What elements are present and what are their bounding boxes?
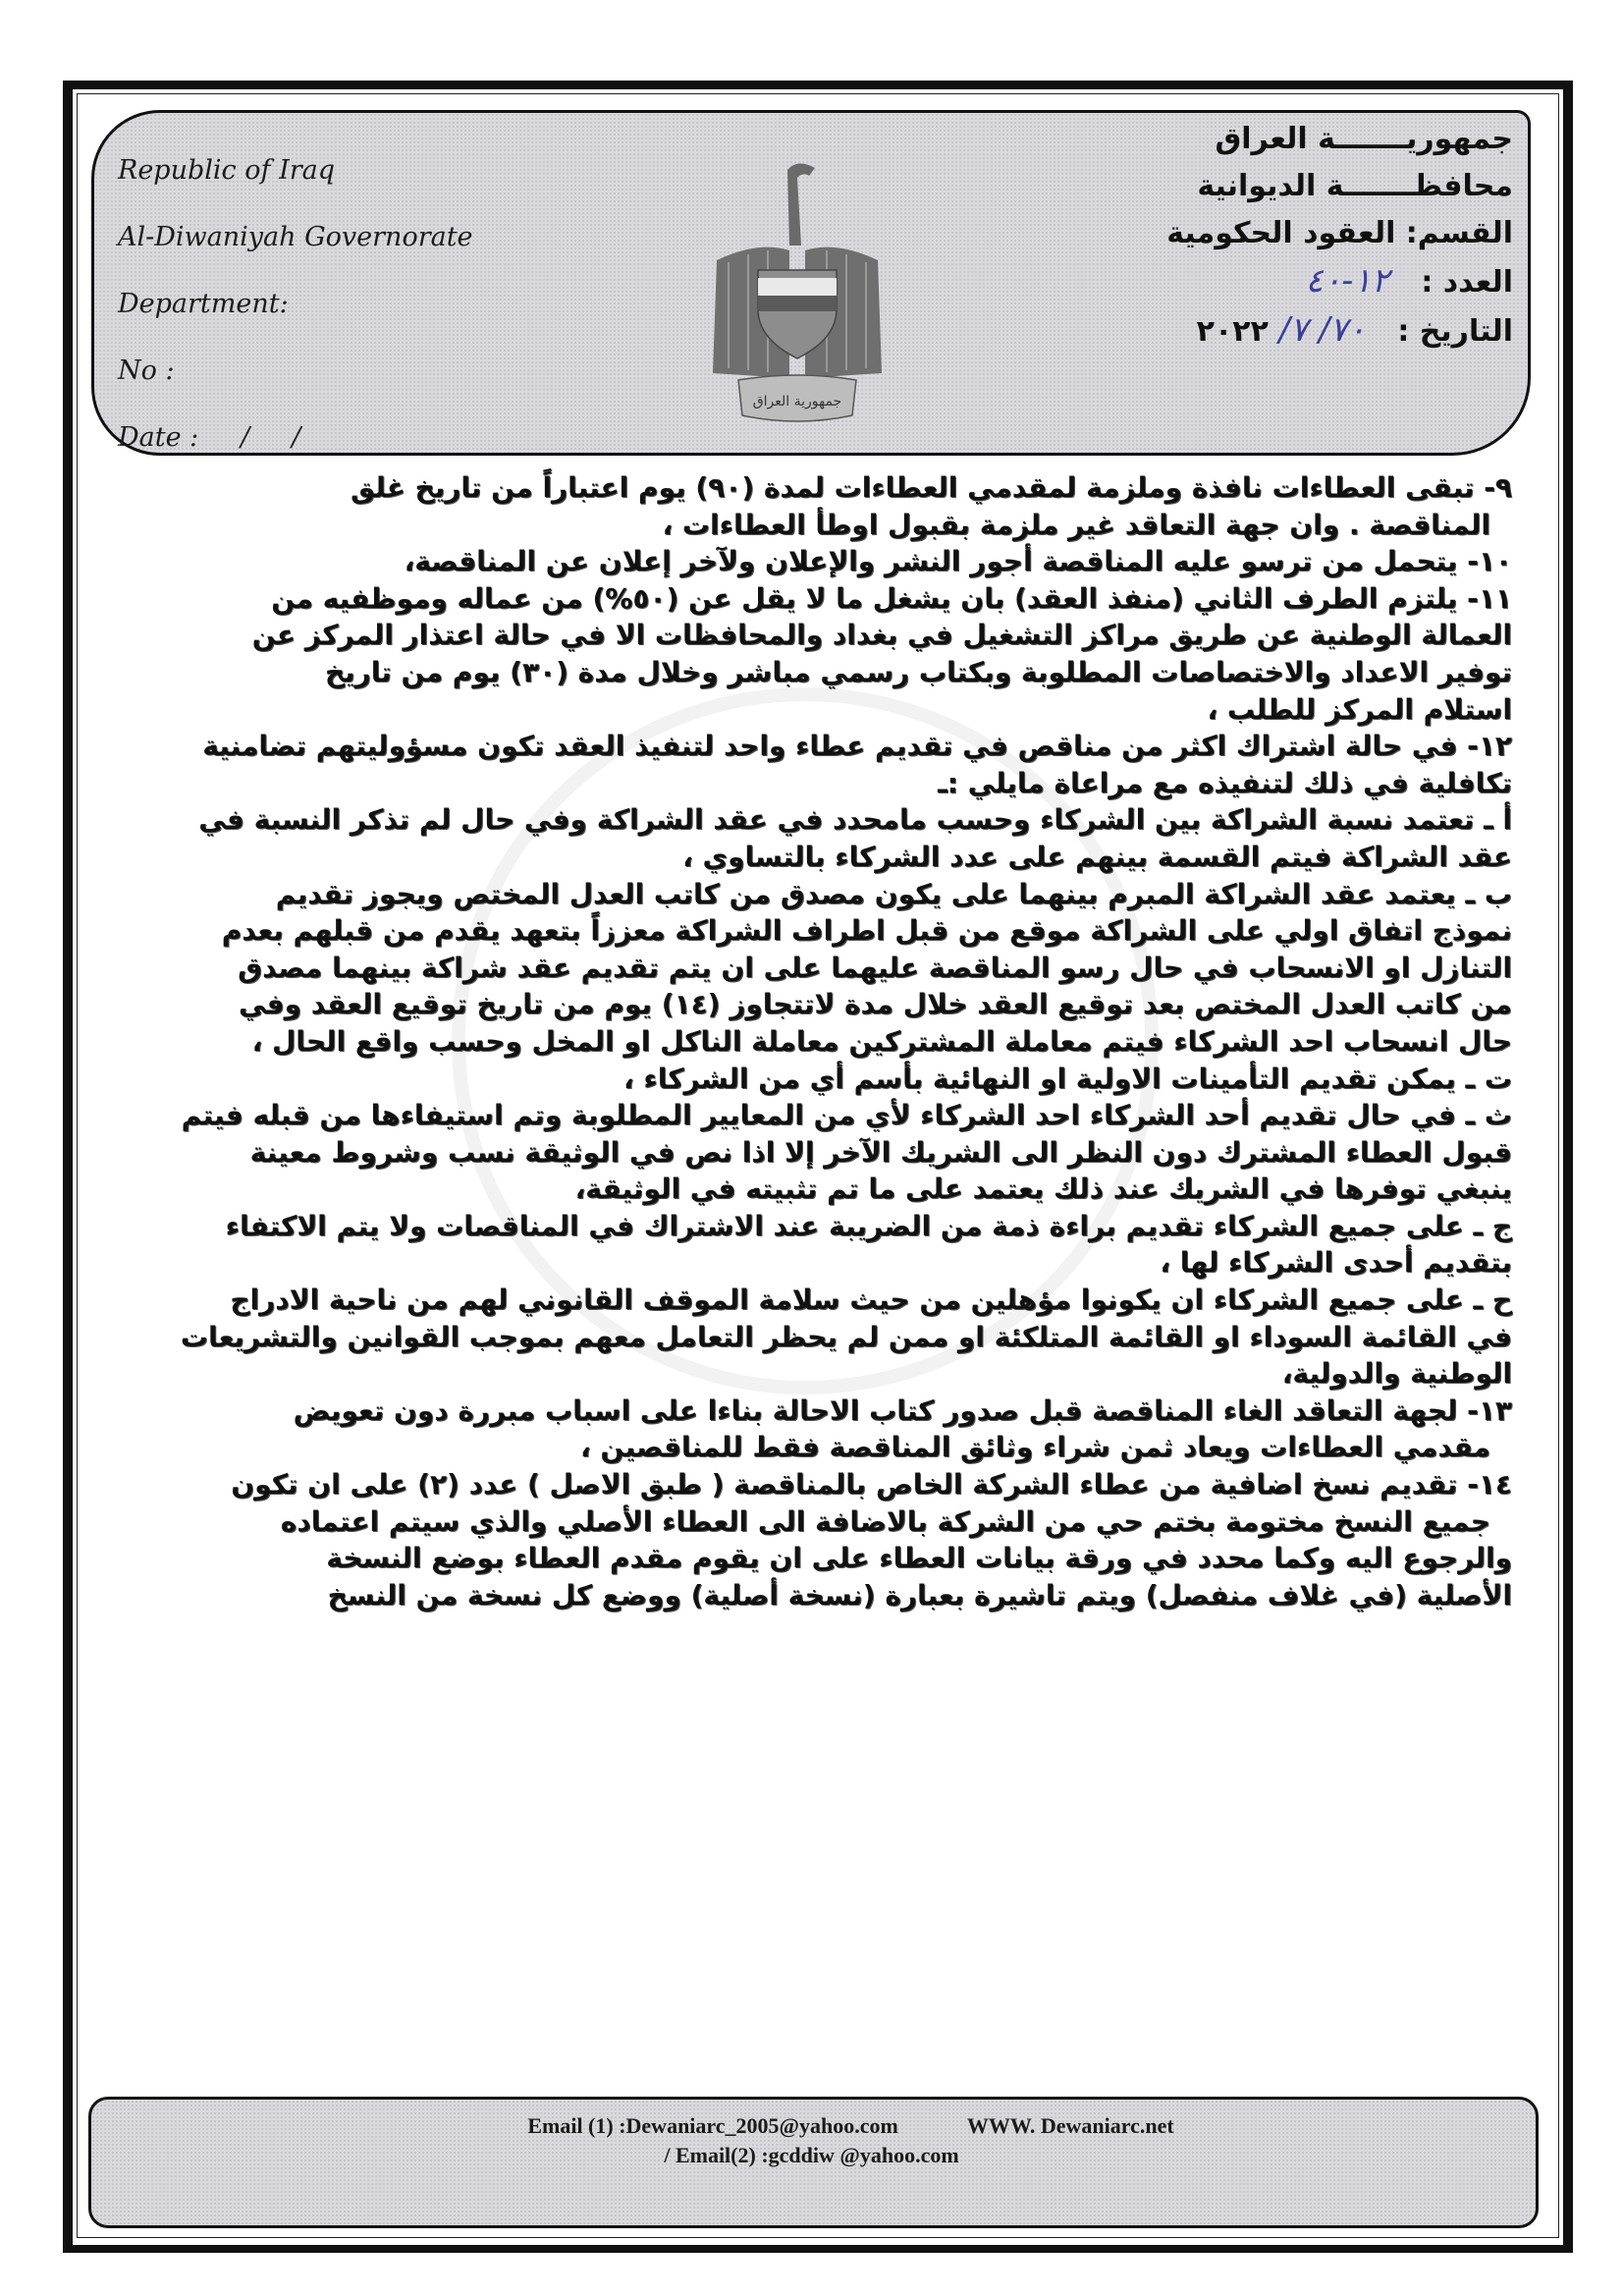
footer-email-2: / Email(2) :gcddiw @yahoo.com [0,2141,1623,2170]
clause-line: بتقديم أحدى الشركاء لها ، [142,1244,1512,1282]
clause-12: ١٢- في حالة اشتراك اكثر من مناقص في تقدي… [142,728,1512,1393]
clause-line: العمالة الوطنية عن طريق مراكز التشغيل في… [142,617,1512,654]
clause-line: ح ـ على جميع الشركاء ان يكونوا مؤهلين من… [142,1282,1512,1319]
number-label-ar: العدد : [1421,265,1513,300]
footer-line-1: Email (1) :Dewaniarc_2005@yahoo.comWWW. … [0,2111,1623,2141]
clause-line: استلام المركز للطلب ، [142,691,1512,729]
date-year: ٢٠٢٢ [1197,314,1269,349]
number-label-en: No : [118,338,473,405]
date-handwritten: ٧٠/ ٧/ [1278,310,1366,350]
clause-line: ١٣- لجهة التعاقد الغاء المناقصة قبل صدور… [142,1393,1512,1430]
country-name-en: Republic of Iraq [118,137,473,204]
clause-line: ٩- تبقى العطاءات نافذة وملزمة لمقدمي الع… [142,469,1512,507]
department-label-en: Department: [118,271,473,338]
clause-12-th: ث ـ في حال تقديم أحد الشركاء احد الشركاء… [142,1097,1512,1208]
clause-line: التنازل او الانسحاب في حال رسو المناقصة … [142,950,1512,987]
clause-line: أ ـ تعتمد نسبة الشراكة بين الشركاء وحسب … [142,801,1512,839]
iraq-eagle-emblem-icon: جمهورية العراق [699,152,895,437]
date-label-ar: التاريخ : [1397,314,1513,349]
clause-12-t: ت ـ يمكن تقديم التأمينات الاولية او النه… [142,1061,1512,1098]
clause-line: ت ـ يمكن تقديم التأمينات الاولية او النه… [142,1061,1512,1098]
clause-12-j: ج ـ على جميع الشركاء تقديم براءة ذمة من … [142,1208,1512,1282]
clause-line: توفير الاعداد والاختصاصات المطلوبة وبكتا… [142,654,1512,691]
clause-9: ٩- تبقى العطاءات نافذة وملزمة لمقدمي الع… [142,469,1512,543]
clause-line: ١٤- تقديم نسخ اضافية من عطاء الشركة الخا… [142,1466,1512,1503]
country-name-ar: جمهوريـــــــة العراق [1166,116,1513,163]
document-body: ٩- تبقى العطاءات نافذة وملزمة لمقدمي الع… [142,469,1512,1613]
clause-line: عقد الشراكة فيتم القسمة بينهم على عدد ال… [142,839,1512,876]
clause-line: الوطنية والدولية، [142,1355,1512,1393]
clause-13: ١٣- لجهة التعاقد الغاء المناقصة قبل صدور… [142,1393,1512,1466]
clause-12-h: ح ـ على جميع الشركاء ان يكونوا مؤهلين من… [142,1282,1512,1393]
clause-14: ١٤- تقديم نسخ اضافية من عطاء الشركة الخا… [142,1466,1512,1613]
clause-line: جميع النسخ مختومة بختم حي من الشركة بالا… [142,1503,1512,1541]
clause-line: ١٢- في حالة اشتراك اكثر من مناقص في تقدي… [142,728,1512,765]
clause-line: حال انسحاب احد الشركاء فيتم معاملة المشت… [142,1023,1512,1061]
clause-11: ١١- يلتزم الطرف الثاني (منفذ العقد) بان … [142,580,1512,728]
governorate-name-ar: محافظـــــــة الديوانية [1166,163,1513,210]
clause-line: ١٠- يتحمل من ترسو عليه المناقصة أجور الن… [142,543,1512,580]
clause-line: ب ـ يعتمد عقد الشراكة المبرم بينهما على … [142,876,1512,913]
clause-line: المناقصة . وان جهة التعاقد غير ملزمة بقب… [142,507,1512,544]
letterhead-arabic: جمهوريـــــــة العراق محافظـــــــة الدي… [1166,116,1513,355]
date-label-en: Date : / / [118,405,473,471]
clause-line: ث ـ في حال تقديم أحد الشركاء احد الشركاء… [142,1097,1512,1134]
clause-12-a: أ ـ تعتمد نسبة الشراكة بين الشركاء وحسب … [142,801,1512,875]
clause-line: نموذج اتفاق اولي على الشراكة موقع من قبل… [142,912,1512,950]
clause-line: ج ـ على جميع الشركاء تقديم براءة ذمة من … [142,1208,1512,1245]
department-ar: القسم: العقود الحكومية [1166,210,1513,257]
clause-line: مقدمي العطاءات ويعاد ثمن شراء وثائق المن… [142,1429,1512,1466]
clause-line: الأصلية (في غلاف منفصل) ويتم تاشيرة بعبا… [142,1577,1512,1614]
clause-line: من كاتب العدل المختص بعد توقيع العقد خلا… [142,986,1512,1023]
clause-line: ينبغي توفرها في الشريك عند ذلك يعتمد على… [142,1171,1512,1208]
date-row-ar: التاريخ : ٧٠/ ٧/ ٢٠٢٢ [1166,306,1513,355]
letterhead-english: Republic of Iraq Al-Diwaniyah Governorat… [118,137,473,471]
reference-number-handwritten: ١٢-٤٠ [1306,261,1389,301]
svg-text:جمهورية العراق: جمهورية العراق [753,394,841,410]
clause-line: ١١- يلتزم الطرف الثاني (منفذ العقد) بان … [142,580,1512,618]
footer-website: WWW. Dewaniarc.net [967,2113,1174,2138]
clause-line: في القائمة السوداء او القائمة المتلكئة ا… [142,1319,1512,1356]
clause-line: قبول العطاء المشترك دون النظر الى الشريك… [142,1134,1512,1172]
reference-number-row: العدد : ١٢-٤٠ [1166,257,1513,306]
clause-line: تكافلية في ذلك لتنفيذه مع مراعاة مايلي :… [142,765,1512,802]
footer-contact: Email (1) :Dewaniarc_2005@yahoo.comWWW. … [0,2111,1623,2170]
footer-email-1: Email (1) :Dewaniarc_2005@yahoo.com [527,2113,898,2138]
clause-line: والرجوع اليه وكما محدد في ورقة بيانات ال… [142,1540,1512,1577]
governorate-name-en: Al-Diwaniyah Governorate [118,204,473,271]
clause-12-b: ب ـ يعتمد عقد الشراكة المبرم بينهما على … [142,876,1512,1061]
clause-10: ١٠- يتحمل من ترسو عليه المناقصة أجور الن… [142,543,1512,580]
